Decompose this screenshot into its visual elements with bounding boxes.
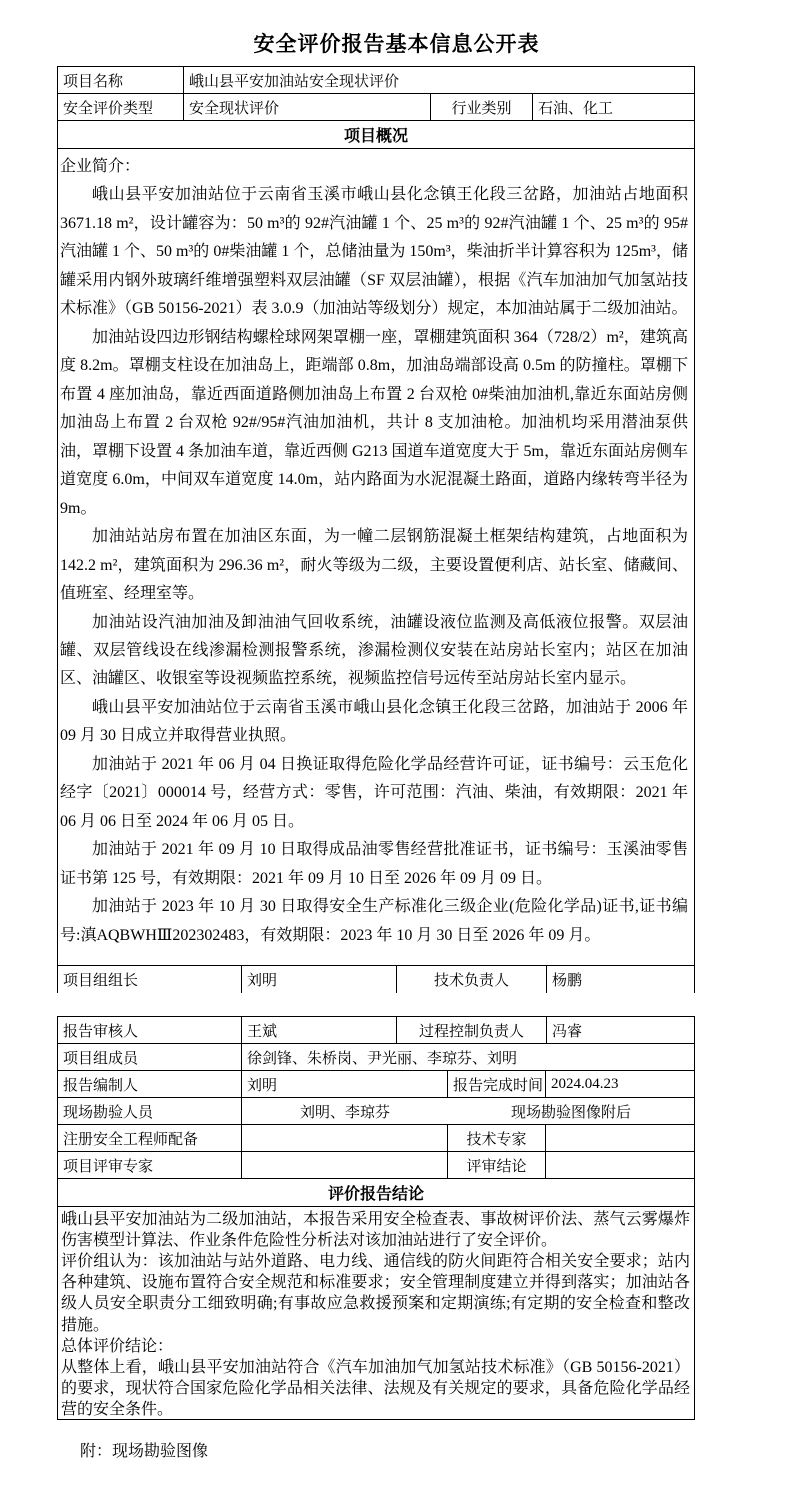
members-value: 徐剑锋、朱桥岗、尹光丽、李琼芬、刘明 [242,1044,694,1070]
row-conclusion: 峨山县平安加油站为二级加油站，本报告采用安全检查表、事故树评价法、蒸气云雾爆炸伤… [58,1207,694,1419]
conclusion-header: 评价报告结论 [58,1179,694,1206]
site-survey-label: 现场勘验人员 [58,1098,242,1124]
eval-type-value: 安全现状评价 [184,94,431,120]
overview-paragraph: 峨山县平安加油站位于云南省玉溪市峨山县化念镇王化段三岔路，加油站于 2006 年… [60,694,688,751]
row-overview: 企业简介： 峨山县平安加油站位于云南省玉溪市峨山县化念镇王化段三岔路，加油站占地… [58,149,694,966]
site-survey-note: 现场勘验图像附后 [448,1098,694,1124]
industry-label: 行业类别 [431,94,533,120]
row-author: 报告编制人 刘明 报告完成时间 2024.04.23 [58,1071,694,1098]
finish-time-label: 报告完成时间 [448,1071,546,1097]
tech-expert-label: 技术专家 [448,1125,546,1151]
overview-paragraph: 加油站于 2023 年 10 月 30 日取得安全生产标准化三级企业(危险化学品… [60,893,688,950]
basic-info-table: 项目名称 峨山县平安加油站安全现状评价 安全评价类型 安全现状评价 行业类别 石… [57,66,695,993]
row-eval-type: 安全评价类型 安全现状评价 行业类别 石油、化工 [58,94,694,121]
row-reviewer: 报告审核人 王斌 过程控制负责人 冯睿 [58,1017,694,1044]
project-name-label: 项目名称 [58,67,184,93]
attachment-note: 附：现场勘验图像 [80,1438,208,1461]
overview-paragraph: 加油站于 2021 年 06 月 04 日换证取得危险化学品经营许可证，证书编号… [60,751,688,836]
leader-label: 项目组组长 [58,966,242,993]
safety-engineer-label: 注册安全工程师配备 [58,1125,242,1151]
tech-lead-label: 技术负责人 [397,966,547,993]
overview-paragraph: 企业简介： [60,153,688,181]
row-safety-engineer: 注册安全工程师配备 技术专家 [58,1125,694,1152]
site-survey-value: 刘明、李琼芬 [242,1098,448,1124]
row-review-expert: 项目评审专家 评审结论 [58,1152,694,1179]
row-overview-header: 项目概况 [58,121,694,149]
conclusion-paragraph: 总体评价结论： [61,1336,690,1357]
review-expert-label: 项目评审专家 [58,1152,242,1178]
tech-lead-value: 杨鹏 [547,966,694,993]
reviewer-label: 报告审核人 [58,1017,242,1043]
overview-paragraph: 加油站设四边形钢结构螺栓球网架罩棚一座，罩棚建筑面积 364（728/2）m²，… [60,324,688,523]
row-project-leader: 项目组组长 刘明 技术负责人 杨鹏 [58,966,694,993]
safety-engineer-value [242,1125,448,1151]
overview-paragraph: 加油站站房布置在加油区东面，为一幢二层钢筋混凝土框架结构建筑，占地面积为 142… [60,523,688,608]
finish-time-value: 2024.04.23 [546,1071,694,1097]
reviewer-value: 王斌 [242,1017,397,1043]
project-name-value: 峨山县平安加油站安全现状评价 [184,67,694,93]
process-control-value: 冯睿 [547,1017,694,1043]
review-table: 报告审核人 王斌 过程控制负责人 冯睿 项目组成员 徐剑锋、朱桥岗、尹光丽、李琼… [57,1016,695,1420]
author-label: 报告编制人 [58,1071,242,1097]
row-project-name: 项目名称 峨山县平安加油站安全现状评价 [58,67,694,94]
industry-value: 石油、化工 [533,94,694,120]
conclusion-text: 峨山县平安加油站为二级加油站，本报告采用安全检查表、事故树评价法、蒸气云雾爆炸伤… [58,1207,694,1419]
leader-value: 刘明 [242,966,397,993]
row-site-survey: 现场勘验人员 刘明、李琼芬 现场勘验图像附后 [58,1098,694,1125]
row-members: 项目组成员 徐剑锋、朱桥岗、尹光丽、李琼芬、刘明 [58,1044,694,1071]
review-conclusion-label: 评审结论 [448,1152,546,1178]
overview-header: 项目概况 [58,121,694,148]
overview-text: 企业简介： 峨山县平安加油站位于云南省玉溪市峨山县化念镇王化段三岔路，加油站占地… [58,149,694,965]
overview-paragraph: 加油站设汽油加油及卸油油气回收系统，油罐设液位监测及高低液位报警。双层油罐、双层… [60,609,688,694]
process-control-label: 过程控制负责人 [397,1017,547,1043]
review-expert-value [242,1152,448,1178]
members-label: 项目组成员 [58,1044,242,1070]
row-conclusion-header: 评价报告结论 [58,1179,694,1207]
overview-paragraph: 加油站于 2021 年 09 月 10 日取得成品油零售经营批准证书，证书编号：… [60,836,688,893]
page-title: 安全评价报告基本信息公开表 [0,0,793,58]
conclusion-paragraph: 峨山县平安加油站为二级加油站，本报告采用安全检查表、事故树评价法、蒸气云雾爆炸伤… [61,1209,690,1251]
author-value: 刘明 [242,1071,448,1097]
tech-expert-value [546,1125,694,1151]
eval-type-label: 安全评价类型 [58,94,184,120]
overview-paragraph: 峨山县平安加油站位于云南省玉溪市峨山县化念镇王化段三岔路，加油站占地面积 367… [60,181,688,323]
conclusion-paragraph: 评价组认为：该加油站与站外道路、电力线、通信线的防火间距符合相关安全要求；站内各… [61,1251,690,1335]
review-conclusion-value [546,1152,694,1178]
report-page: 安全评价报告基本信息公开表 项目名称 峨山县平安加油站安全现状评价 安全评价类型… [0,0,793,1493]
conclusion-paragraph: 从整体上看，峨山县平安加油站符合《汽车加油加气加氢站技术标准》（GB 50156… [61,1357,690,1419]
